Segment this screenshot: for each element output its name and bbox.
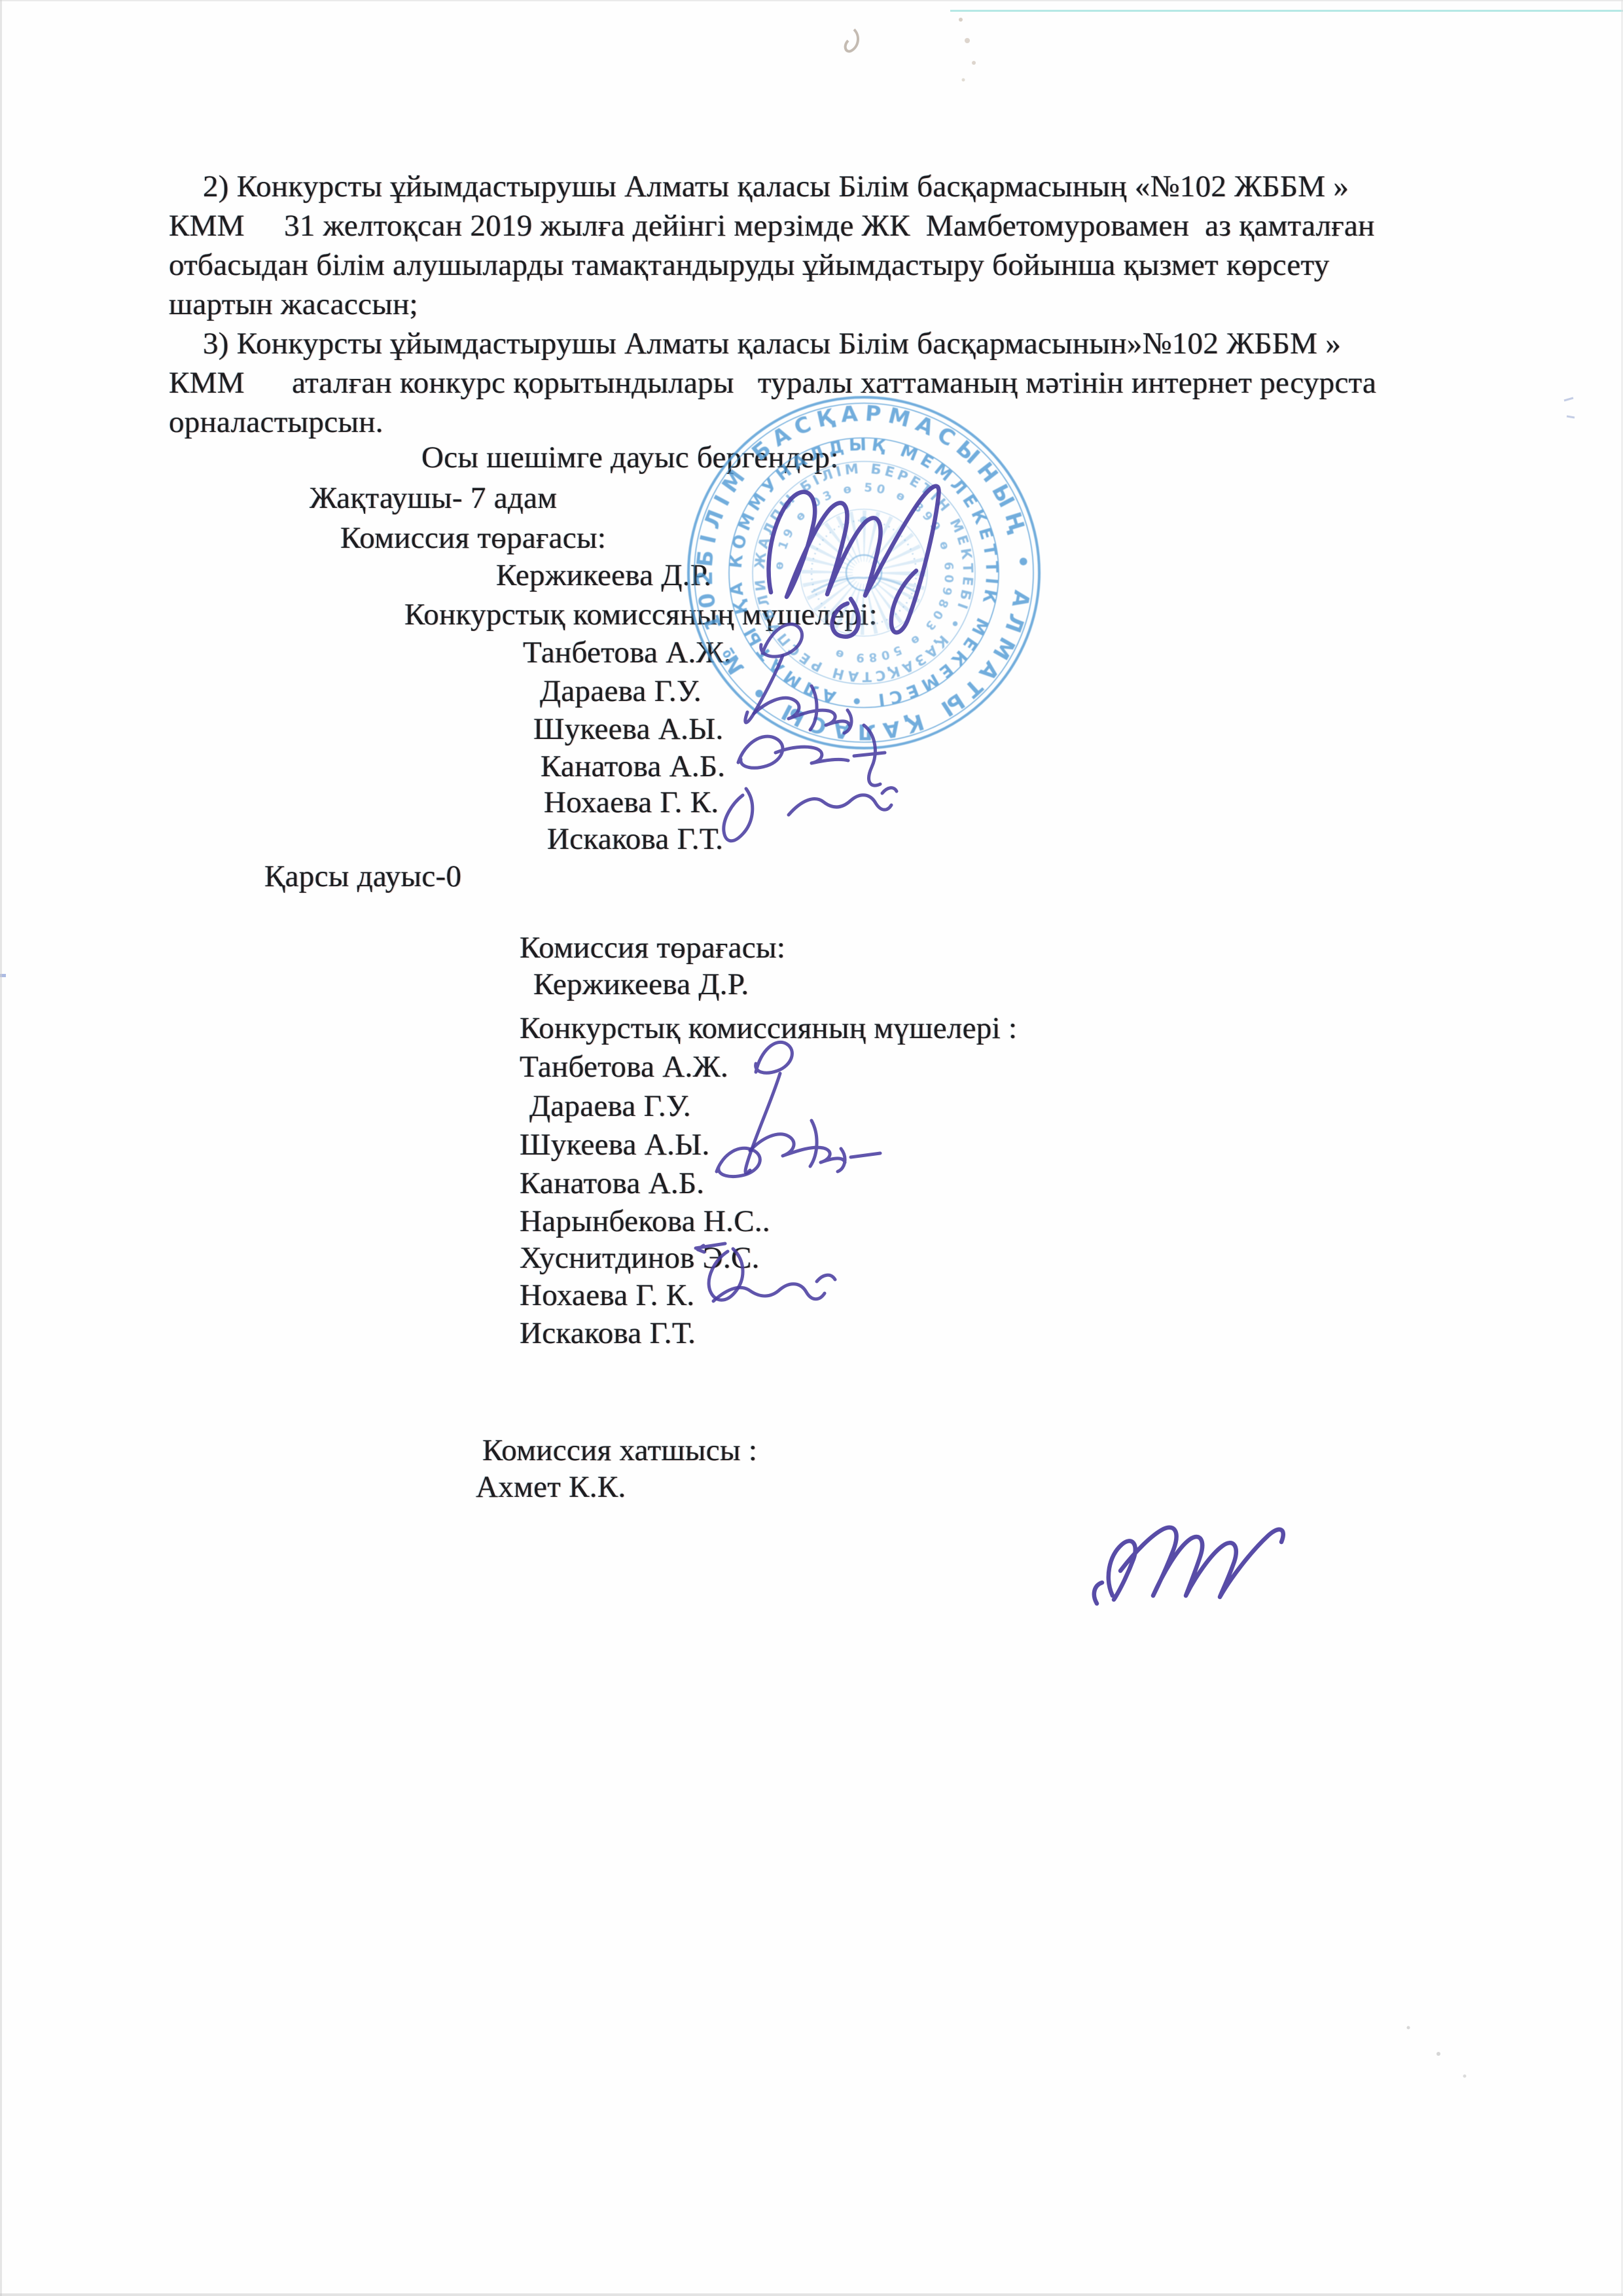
emblem-star <box>860 516 868 524</box>
member-name-1-1: Танбетова А.Ж. <box>523 633 732 672</box>
stamp-digits-ring-text: ө 19 ө 03 ө 50 ө 899 ө 609803 ө 5089 ө <box>772 481 955 665</box>
signature-member-shukeeva-2 <box>750 1121 845 1172</box>
paragraph-3-line-1: 3) Конкурсты ұйымдастырушы Алматы қаласы… <box>169 324 1468 363</box>
emblem-wings <box>811 578 916 592</box>
scan-edge-top <box>0 0 1623 1</box>
document-page: 2) Конкурсты ұйымдастырушы Алматы қаласы… <box>0 0 1623 2296</box>
chairman-name-2: Кержикеева Д.Р. <box>533 965 749 1004</box>
chairman-name-1: Кержикеева Д.Р. <box>496 556 711 595</box>
stamp-inner-circle <box>753 461 975 684</box>
member-name-2-7: Нохаева Г. К. <box>520 1276 694 1315</box>
commission-chairman-label-2: Комиссия төрағасы: <box>520 928 785 967</box>
member-name-1-4: Канатова А.Б. <box>541 747 725 786</box>
member-name-2-8: Искакова Г.Т. <box>520 1314 696 1353</box>
member-name-1-2: Дараева Г.У. <box>540 672 702 711</box>
commission-secretary-label: Комиссия хатшысы : <box>482 1431 757 1470</box>
member-name-2-2: Дараева Г.У. <box>529 1086 691 1126</box>
paragraph-2-line-2: КММ 31 желтоқсан 2019 жылға дейінгі мерз… <box>169 206 1468 245</box>
votes-for-count: Жақтаушы- 7 адам <box>310 478 557 518</box>
edge-mark-left <box>0 974 6 977</box>
speck <box>1436 2052 1440 2056</box>
votes-heading: Осы шешімге дауыс бергендер: <box>421 438 839 477</box>
signature-secretary <box>1094 1528 1283 1604</box>
paragraph-2-line-3: отбасыдан білім алушыларды тамақтандыруд… <box>169 245 1468 285</box>
signature-member-daraeva-1 <box>745 656 783 723</box>
member-name-2-3: Шукеева А.Ы. <box>520 1125 710 1164</box>
speck <box>959 18 963 22</box>
scan-line-top-right <box>950 10 1623 12</box>
decision-paragraphs: 2) Конкурсты ұйымдастырушы Алматы қаласы… <box>169 167 1468 442</box>
speck <box>972 61 976 65</box>
member-name-2-6: Хуснитдинов Э.С. <box>520 1238 760 1278</box>
speck <box>1463 2075 1467 2078</box>
signature-member-nohaeva-1 <box>724 789 753 841</box>
scan-edge-bottom <box>0 2293 1623 2296</box>
commission-chairman-label-1: Комиссия төрағасы: <box>340 518 606 558</box>
signature-member-iskakova-2 <box>713 1275 835 1301</box>
signature-member-iskakova-1 <box>789 788 897 815</box>
paragraph-3-line-2: КММ аталған конкурс қорытындылары туралы… <box>169 363 1468 403</box>
paragraph-3-line-3: орналастырсын. <box>169 403 1468 442</box>
speck <box>1407 2026 1410 2030</box>
member-name-2-1: Танбетова А.Ж. <box>520 1047 728 1086</box>
stamp-middle-circle <box>729 438 999 708</box>
edge-marks-right <box>1564 398 1575 418</box>
paragraph-2-line-1: 2) Конкурсты ұйымдастырушы Алматы қаласы… <box>169 167 1468 206</box>
emblem-shanyrak <box>846 555 882 590</box>
member-name-2-5: Нарынбекова Н.С.. <box>520 1202 770 1241</box>
votes-against-count: Қарсы дауыс-0 <box>264 857 461 896</box>
paragraph-2-line-4: шартын жасассын; <box>169 285 1468 324</box>
speck <box>965 38 970 43</box>
signature-member-kanatova-2 <box>717 1148 880 1176</box>
member-name-1-3: Шукеева А.Ы. <box>533 709 724 749</box>
signature-member-kanatova-1 <box>738 725 885 785</box>
commission-members-label-1: Конкурстық комиссяның мүшелері: <box>404 595 878 634</box>
member-name-2-4: Канатова А.Б. <box>520 1164 704 1203</box>
member-name-1-6: Искакова Г.Т. <box>547 819 723 859</box>
smudge-top-center <box>846 29 858 52</box>
speck <box>962 79 965 82</box>
member-name-1-5: Нохаева Г. К. <box>544 783 719 822</box>
signature-member-shukeeva-1 <box>754 686 851 733</box>
scan-edge-left <box>0 0 2 2296</box>
secretary-name: Ахмет К.К. <box>476 1467 626 1507</box>
signature-member-daraeva-2 <box>745 1073 780 1173</box>
commission-members-label-2: Конкурстық комиссияның мүшелері : <box>520 1009 1017 1048</box>
